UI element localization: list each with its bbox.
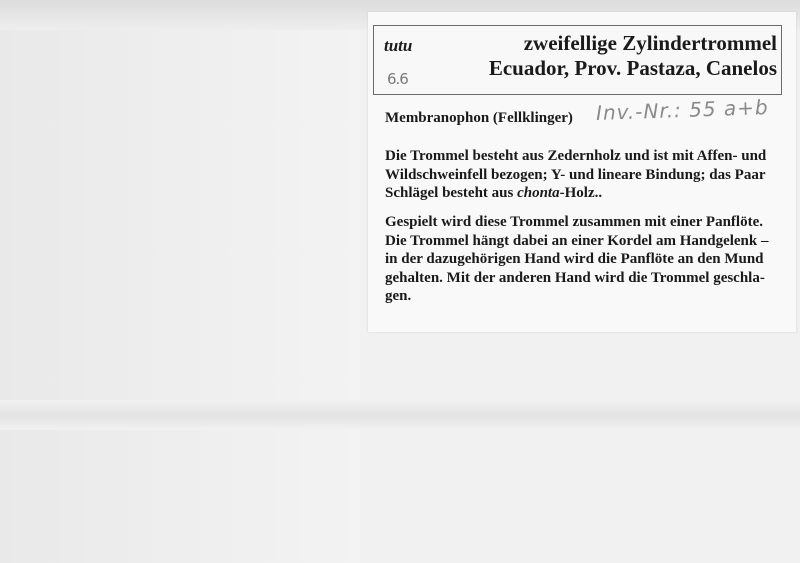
usage-line: in der dazugehörigen Hand wird die Panfl… — [385, 250, 785, 269]
usage-paragraph: Gespielt wird diese Trommel zusammen mit… — [385, 213, 785, 306]
usage-line: Gespielt wird diese Trommel zusammen mit… — [385, 213, 785, 232]
usage-line: Die Trommel hängt dabei an einer Kordel … — [385, 232, 785, 251]
instrument-origin: Ecuador, Prov. Pastaza, Canelos — [489, 56, 777, 81]
description-line: Schlägel besteht aus chonta-Holz.. — [385, 184, 785, 203]
usage-line: gen. — [385, 287, 785, 306]
usage-line: gehalten. Mit der anderen Hand wird die … — [385, 269, 785, 288]
handwritten-number: 6.6 — [387, 70, 408, 88]
description-line: Wildschweinfell bezogen; Y- und lineare … — [385, 166, 785, 185]
scan-background — [0, 0, 360, 563]
text-run: -Holz.. — [560, 185, 603, 201]
italic-term: chonta — [517, 185, 560, 201]
description-line: Die Trommel besteht aus Zedernholz und i… — [385, 147, 785, 166]
text-run: Schlägel besteht aus — [385, 185, 517, 201]
scan-fold-band — [0, 400, 800, 430]
description-paragraph: Die Trommel besteht aus Zedernholz und i… — [385, 147, 785, 203]
instrument-title: zweifellige Zylindertrommel — [524, 31, 777, 56]
instrument-name: tutu — [384, 36, 412, 56]
classification: Membranophon (Fellklinger) — [385, 110, 573, 127]
card-header-box: tutu zweifellige Zylindertrommel Ecuador… — [373, 25, 782, 95]
